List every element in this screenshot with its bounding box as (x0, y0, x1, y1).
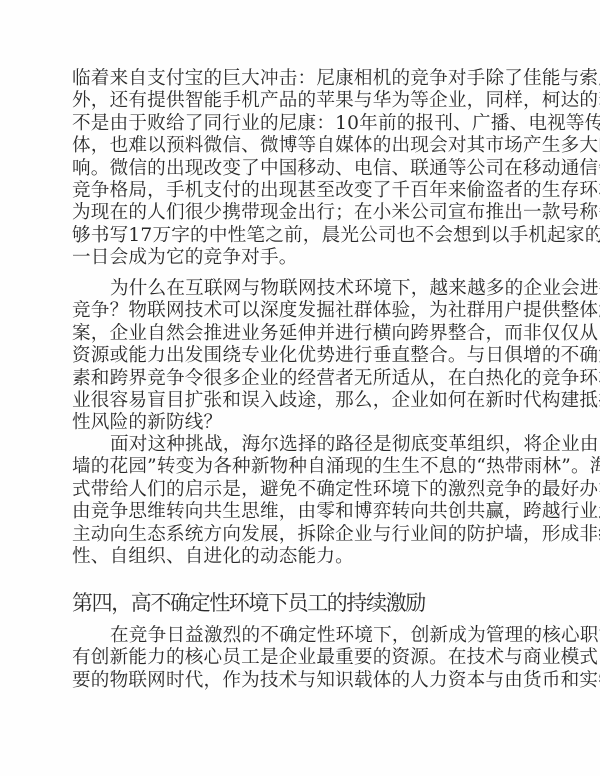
text-line: 竞争？物联网技术可以深度发掘社群体验，为社群用户提供整体解决方 (72, 300, 530, 322)
text-line: 素和跨界竞争令很多企业的经营者无所适从，在白热化的竞争环境中企 (72, 368, 530, 390)
text-line: 为现在的人们很少携带现金出行；在小米公司宣布推出一款号称每支能 (72, 202, 530, 224)
text-line: 为什么在互联网与物联网技术环境下，越来越多的企业会进行跨界 (72, 278, 530, 300)
text-line: 面对这种挑战，海尔选择的路径是彻底变革组织，将企业由“有围 (72, 434, 530, 456)
text-line: 要的物联网时代，作为技术与知识载体的人力资本与由货币和实物构成 (72, 670, 530, 692)
paragraph-4: 在竞争日益激烈的不确定性环境下，创新成为管理的核心职能，具 有创新能力的核心员工… (72, 625, 530, 692)
text-line: 一日会成为它的竞争对手。 (72, 247, 530, 269)
text-line: 案，企业自然会推进业务延伸并进行横向跨界整合，而非仅仅从自身的 (72, 323, 530, 345)
document-page: 临着来自支付宝的巨大冲击：尼康相机的竞争对手除了佳能与索尼之 外，还有提供智能手… (0, 0, 600, 776)
section-heading: 第四，高不确定性环境下员工的持续激励 (72, 589, 425, 617)
text-line: 业很容易盲目扩张和误入歧途，那么，企业如何在新时代构建抵抗系统 (72, 390, 530, 412)
text-line: 性、自组织、自进化的动态能力。 (72, 546, 530, 568)
text-line: 响。微信的出现改变了中国移动、电信、联通等公司在移动通信领域的 (72, 158, 530, 180)
text-line: 资源或能力出发围绕专业化优势进行垂直整合。与日俱增的不确定性因 (72, 345, 530, 367)
paragraph-1: 临着来自支付宝的巨大冲击：尼康相机的竞争对手除了佳能与索尼之 外，还有提供智能手… (72, 68, 530, 270)
text-line: 墙的花园”转变为各种新物种自涌现的生生不息的“热带雨林”。海尔模 (72, 456, 530, 478)
text-line: 式带给人们的启示是，避免不确定性环境下的激烈竞争的最好办法是 (72, 479, 530, 501)
text-line: 外，还有提供智能手机产品的苹果与华为等企业，同样，柯达的衰亡也 (72, 90, 530, 112)
text-line: 临着来自支付宝的巨大冲击：尼康相机的竞争对手除了佳能与索尼之 (72, 68, 530, 90)
text-line: 不是由于败给了同行业的尼康：10年前的报刊、广播、电视等传统媒 (72, 113, 530, 135)
paragraph-3: 面对这种挑战，海尔选择的路径是彻底变革组织，将企业由“有围 墙的花园”转变为各种… (72, 434, 530, 568)
text-line: 有创新能力的核心员工是企业最重要的资源。在技术与商业模式日益重 (72, 647, 530, 669)
text-line: 由竞争思维转向共生思维，由零和博弈转向共创共赢，跨越行业边界 (72, 501, 530, 523)
text-line: 在竞争日益激烈的不确定性环境下，创新成为管理的核心职能，具 (72, 625, 530, 647)
text-line: 性风险的新防线？ (72, 412, 530, 434)
text-line: 够书写17万字的中性笔之前，晨光公司也不会想到以手机起家的小米某 (72, 225, 530, 247)
paragraph-2: 为什么在互联网与物联网技术环境下，越来越多的企业会进行跨界 竞争？物联网技术可以… (72, 278, 530, 435)
text-line: 主动向生态系统方向发展，拆除企业与行业间的防护墙，形成非线 (72, 524, 530, 546)
text-line: 竞争格局，手机支付的出现甚至改变了千百年来偷盗者的生存环境，因 (72, 180, 530, 202)
text-line: 体，也难以预料微信、微博等自媒体的出现会对其市场产生多大的影 (72, 135, 530, 157)
